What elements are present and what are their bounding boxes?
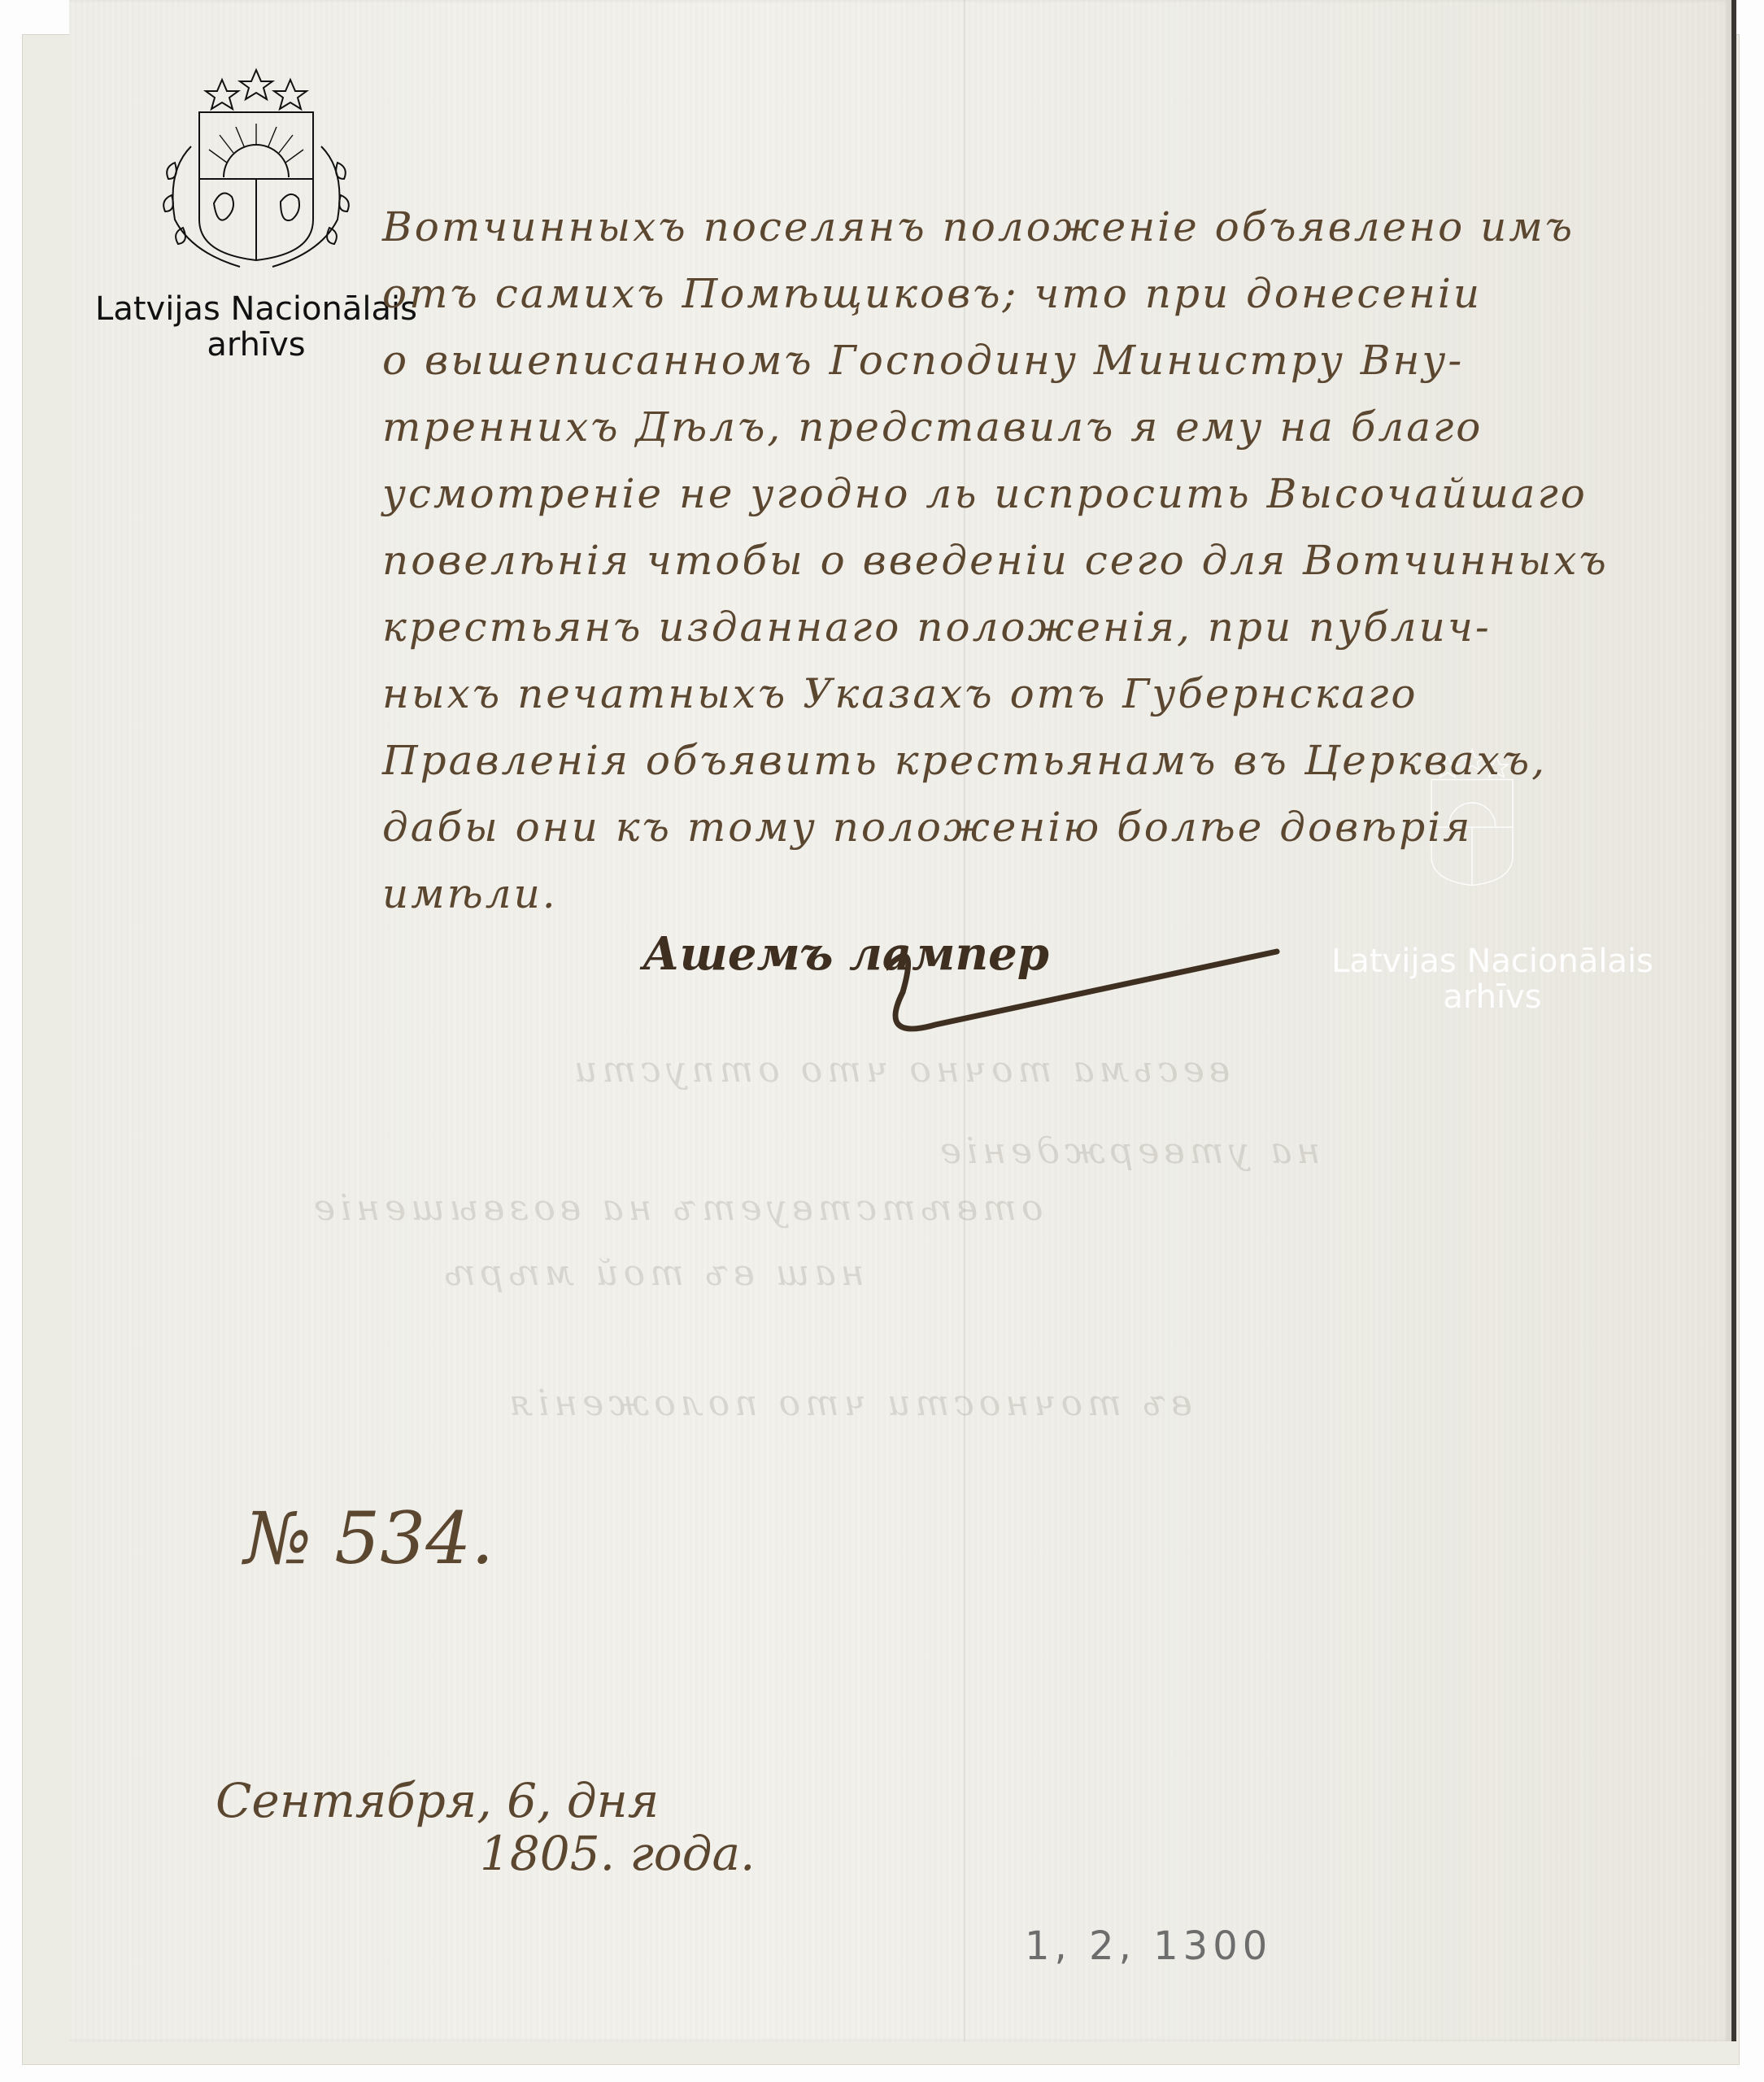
text-line: отъ самихъ Помѣщиковъ; что при донесенiи [382, 270, 1757, 337]
archive-watermark: Latvijas Nacionālais arhīvs [77, 65, 435, 363]
watermark-line2: arhīvs [77, 327, 435, 363]
signature-flourish-icon [886, 943, 1293, 1049]
text-line: ныхъ печатныхъ Указахъ отъ Губернскаго [382, 670, 1757, 737]
latvia-coat-of-arms-icon [142, 65, 370, 277]
bleed-through-text: въ точности что положенія [504, 1383, 1192, 1424]
bleed-through-text: весьма точно что отпусти [569, 1049, 1230, 1091]
text-line: Правленiя объявить крестьянамъ въ Церква… [382, 737, 1757, 804]
date-line-2: 1805. года. [480, 1826, 755, 1881]
text-line: имѣли. [382, 870, 1757, 937]
archive-watermark-secondary: Latvijas Nacionālais arhīvs [1301, 943, 1683, 1015]
handwritten-body: Вотчинныхъ поселянъ положенiе объявлено … [382, 203, 1757, 937]
watermark-line1: Latvijas Nacionālais [1301, 943, 1683, 979]
document-number: № 534. [244, 1496, 494, 1580]
text-line: усмотренiе не угодно ль испросить Высоча… [382, 470, 1757, 537]
watermark-line1: Latvijas Nacionālais [77, 291, 435, 327]
text-line: дабы они къ тому положенiю болѣе довѣрiя [382, 804, 1757, 870]
date-line-1: Сентября, 6, дня [216, 1773, 659, 1828]
bleed-through-text: отвѣтствуетъ на возвышеніе [309, 1187, 1043, 1229]
text-line: Вотчинныхъ поселянъ положенiе объявлено … [382, 203, 1757, 270]
text-line: треннихъ Дѣлъ, представилъ я ему на благ… [382, 403, 1757, 470]
bleed-through-text: на утвержденіе [935, 1130, 1320, 1172]
watermark-line2: arhīvs [1301, 979, 1683, 1015]
bleed-through-text: наш въ той мѣрѣ [439, 1252, 865, 1294]
text-line: крестьянъ изданнаго положенiя, при публи… [382, 603, 1757, 670]
text-line: о вышеписанномъ Господину Министру Вну- [382, 337, 1757, 403]
pencil-reference: 1, 2, 1300 [1025, 1923, 1272, 1969]
text-line: повелѣнiя чтобы о введенiи сего для Вотч… [382, 537, 1757, 603]
